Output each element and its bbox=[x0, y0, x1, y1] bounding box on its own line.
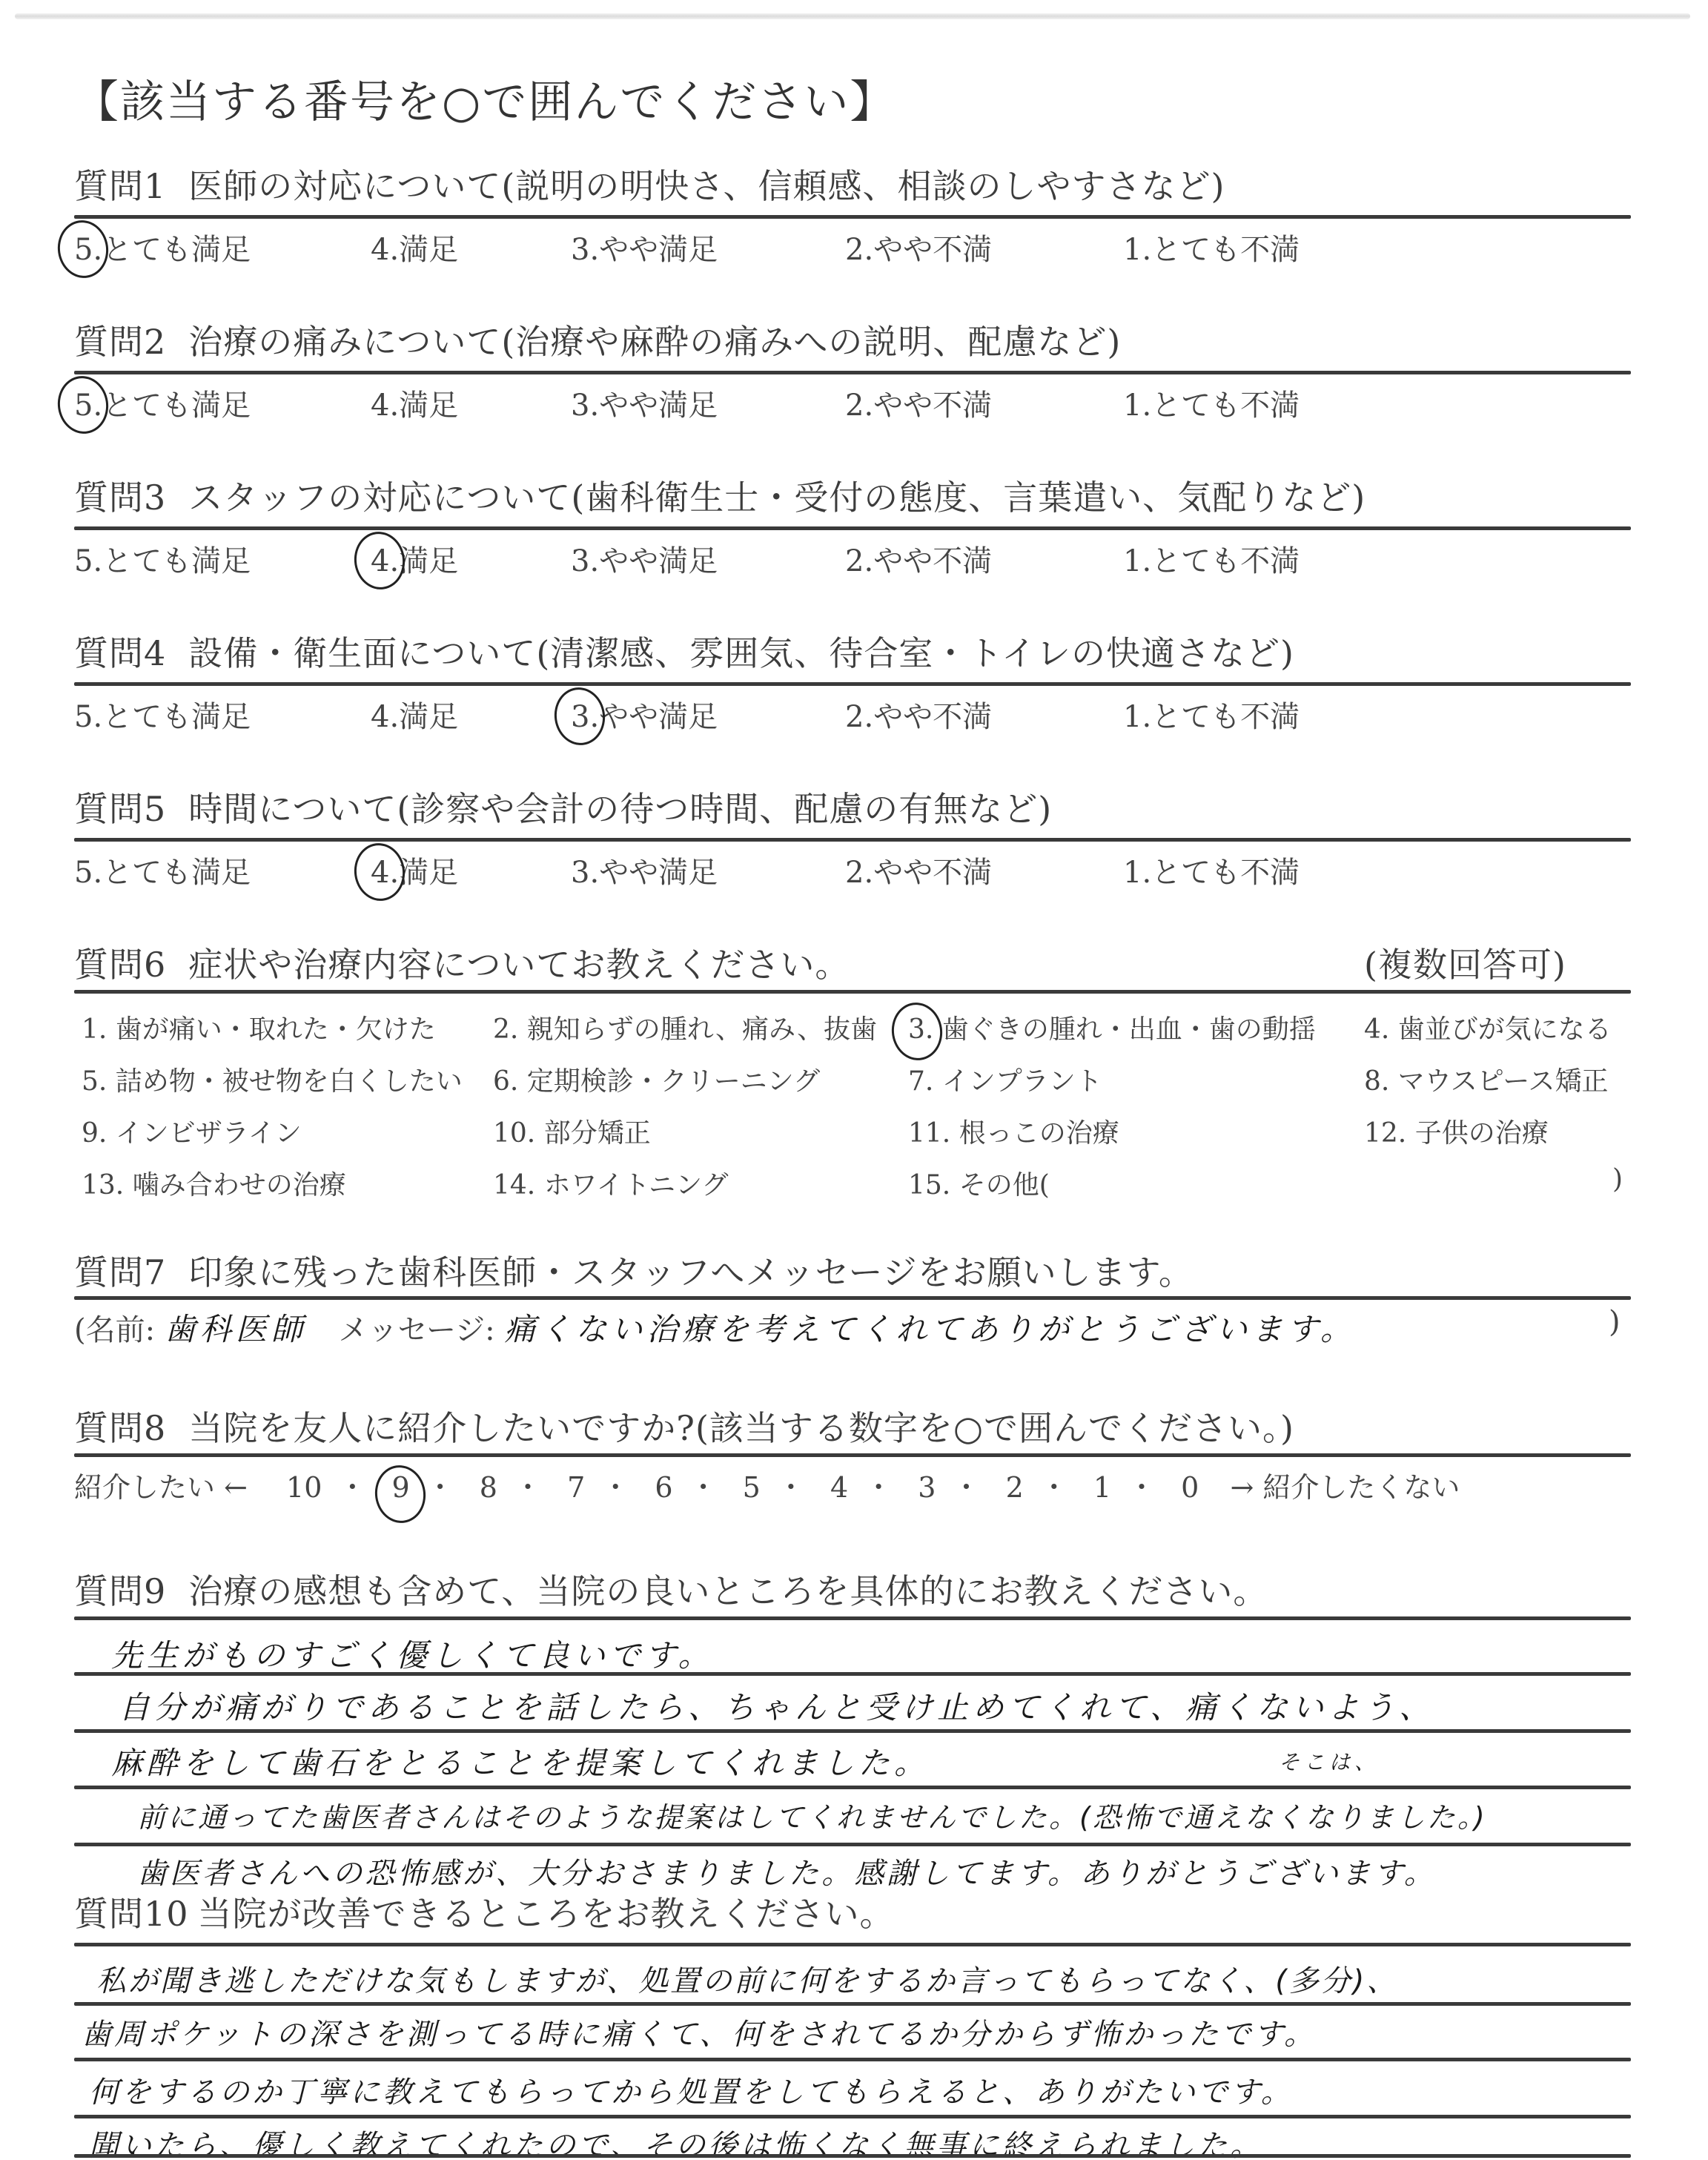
q6-option-1[interactable]: 1. 歯が痛い・取れた・欠けた bbox=[82, 1008, 436, 1046]
question-number: 質問6 bbox=[74, 945, 166, 985]
q6-option-7[interactable]: 7. インプラント bbox=[908, 1060, 1102, 1098]
answer-line bbox=[74, 1729, 1631, 1733]
q3-option-3[interactable]: 3.やや満足 bbox=[571, 538, 718, 580]
question-number: 質問3 bbox=[74, 478, 166, 518]
q2-option-5-selected[interactable]: 5.とても満足 bbox=[74, 382, 251, 424]
question-text: 治療の痛みについて(治療や麻酔の痛みへの説明、配慮など) bbox=[188, 322, 1121, 362]
question-text: スタッフの対応について(歯科衛生士・受付の態度、言葉遣い、気配りなど) bbox=[188, 478, 1366, 518]
question-text: 当院を友人に紹介したいですか?(該当する数字を○で囲んでください。) bbox=[188, 1408, 1294, 1448]
answer-line bbox=[74, 1786, 1631, 1789]
question-number: 質問10 bbox=[74, 1894, 189, 1934]
q2-option-2[interactable]: 2.やや不満 bbox=[845, 382, 992, 424]
question-number: 質問1 bbox=[74, 166, 166, 206]
q9-answer-line-5[interactable]: 歯医者さんへの恐怖感が、大分おさまりました。感謝してます。ありがとうございます。 bbox=[137, 1850, 1437, 1892]
q6-other-close-paren: ) bbox=[1612, 1164, 1623, 1195]
q6-option-12[interactable]: 12. 子供の治療 bbox=[1364, 1112, 1549, 1150]
q1-option-3[interactable]: 3.やや満足 bbox=[571, 226, 718, 268]
q6-option-3-selected[interactable]: 3. 歯ぐきの腫れ・出血・歯の動揺 bbox=[908, 1008, 1316, 1046]
q10-answer-line-1[interactable]: 私が聞き逃しただけな気もしますが、処置の前に何をするか言ってもらってなく、(多分… bbox=[96, 1958, 1398, 2000]
q1-option-2[interactable]: 2.やや不満 bbox=[845, 226, 992, 268]
question-number: 質問9 bbox=[74, 1571, 166, 1611]
q2-option-1[interactable]: 1.とても不満 bbox=[1123, 382, 1300, 424]
answer-line bbox=[74, 1843, 1631, 1846]
question-8: 質問8当院を友人に紹介したいですか?(該当する数字を○で囲んでください。) bbox=[74, 1401, 1294, 1450]
q6-option-14[interactable]: 14. ホワイトニング bbox=[493, 1164, 728, 1202]
q5-option-2[interactable]: 2.やや不満 bbox=[845, 849, 992, 891]
q6-option-11[interactable]: 11. 根っこの治療 bbox=[908, 1112, 1119, 1150]
q10-answer-line-2[interactable]: 歯周ポケットの深さを測ってる時に痛くて、何をされてるか分からず怖かったです。 bbox=[82, 2011, 1317, 2053]
question-6: 質問6症状や治療内容についてお教えください。 bbox=[74, 938, 850, 987]
question-1: 質問1医師の対応について(説明の明快さ、信頼感、相談のしやすさなど) bbox=[74, 159, 1225, 208]
q3-option-2[interactable]: 2.やや不満 bbox=[845, 538, 992, 580]
q4-option-5[interactable]: 5.とても満足 bbox=[74, 693, 251, 736]
q7-message-row: (名前: 歯科医師 メッセージ: 痛くない治療を考えてくれてありがとうございます… bbox=[74, 1305, 1631, 1350]
q6-option-10[interactable]: 10. 部分矯正 bbox=[493, 1112, 651, 1150]
question-number: 質問2 bbox=[74, 322, 166, 362]
answer-line bbox=[74, 2058, 1631, 2061]
question-text: 時間について(診察や会計の待つ時間、配慮の有無など) bbox=[188, 789, 1052, 829]
q9-answer-line-1[interactable]: 先生がものすごく優しくて良いです。 bbox=[111, 1631, 714, 1676]
answer-line bbox=[74, 2154, 1631, 2158]
question-text: 当院が改善できるところをお教えください。 bbox=[198, 1894, 895, 1934]
message-close-paren: ) bbox=[1609, 1305, 1638, 1339]
question-number: 質問4 bbox=[74, 633, 166, 673]
q3-option-4-selected[interactable]: 4.満足 bbox=[371, 538, 458, 580]
question-number: 質問5 bbox=[74, 789, 166, 829]
question-5: 質問5時間について(診察や会計の待つ時間、配慮の有無など) bbox=[74, 782, 1052, 831]
q4-rating-options: 5.とても満足 4.満足 3.やや満足 2.やや不満 1.とても不満 bbox=[74, 693, 1631, 738]
divider bbox=[74, 371, 1631, 374]
scale-value-9-selected[interactable]: 9 bbox=[391, 1471, 409, 1504]
answer-line bbox=[74, 2002, 1631, 2006]
recommendation-scale: 紹介したい ← 10・ 9・ 8・ 7・ 6・ 5・ 4・ 3・ 2・ 1・ 0… bbox=[74, 1464, 1631, 1505]
scale-value-7[interactable]: 7 bbox=[567, 1471, 585, 1504]
q6-option-5[interactable]: 5. 詰め物・被せ物を白くしたい bbox=[82, 1060, 463, 1098]
message-field-handwritten[interactable]: 痛くない治療を考えてくれてありがとうございます。 bbox=[504, 1311, 1356, 1347]
q4-option-2[interactable]: 2.やや不満 bbox=[845, 693, 992, 736]
scale-right-label: → 紹介したくない bbox=[1230, 1464, 1460, 1505]
name-field-handwritten[interactable]: 歯科医師 bbox=[165, 1311, 307, 1347]
scale-value-8[interactable]: 8 bbox=[480, 1471, 497, 1504]
q6-option-8[interactable]: 8. マウスピース矯正 bbox=[1364, 1060, 1608, 1098]
answer-line bbox=[74, 1616, 1631, 1620]
q9-insertion-note: そこは、 bbox=[1279, 1746, 1380, 1776]
q5-option-4-selected[interactable]: 4.満足 bbox=[371, 849, 458, 891]
scan-edge bbox=[15, 13, 1690, 19]
answer-line bbox=[74, 2115, 1631, 2118]
q5-option-5[interactable]: 5.とても満足 bbox=[74, 849, 251, 891]
message-label: メッセージ: bbox=[339, 1313, 495, 1347]
q6-option-15-other[interactable]: 15. その他( bbox=[908, 1164, 1050, 1202]
q2-option-3[interactable]: 3.やや満足 bbox=[571, 382, 718, 424]
q4-option-3-selected[interactable]: 3.やや満足 bbox=[571, 693, 718, 736]
question-4: 質問4設備・衛生面について(清潔感、雰囲気、待合室・トイレの快適さなど) bbox=[74, 627, 1294, 676]
divider bbox=[74, 838, 1631, 842]
question-text: 印象に残った歯科医師・スタッフへメッセージをお願いします。 bbox=[188, 1252, 1194, 1292]
q4-option-4[interactable]: 4.満足 bbox=[371, 693, 458, 736]
question-text: 治療の感想も含めて、当院の良いところを具体的にお教えください。 bbox=[188, 1571, 1268, 1611]
q1-option-4[interactable]: 4.満足 bbox=[371, 226, 458, 268]
question-7: 質問7印象に残った歯科医師・スタッフへメッセージをお願いします。 bbox=[74, 1246, 1194, 1295]
form-instruction-title: 【該当する番号を○で囲んでください】 bbox=[74, 67, 896, 131]
q1-rating-options: 5.とても満足 4.満足 3.やや満足 2.やや不満 1.とても不満 bbox=[74, 226, 1631, 271]
q1-option-5-selected[interactable]: 5.とても満足 bbox=[74, 226, 251, 268]
q4-option-1[interactable]: 1.とても不満 bbox=[1123, 693, 1300, 736]
scale-value-5[interactable]: 5 bbox=[743, 1471, 761, 1504]
q2-option-4[interactable]: 4.満足 bbox=[371, 382, 458, 424]
divider bbox=[74, 990, 1631, 994]
q10-answer-line-3[interactable]: 何をするのか丁寧に教えてもらってから処置をしてもらえると、ありがたいです。 bbox=[89, 2069, 1294, 2111]
q1-option-1[interactable]: 1.とても不満 bbox=[1123, 226, 1300, 268]
question-10: 質問10当院が改善できるところをお教えください。 bbox=[74, 1887, 895, 1936]
q6-option-9[interactable]: 9. インビザライン bbox=[82, 1112, 302, 1150]
scale-left-label: 紹介したい ← bbox=[74, 1464, 248, 1505]
scale-value-3[interactable]: 3 bbox=[918, 1471, 936, 1504]
question-3: 質問3スタッフの対応について(歯科衛生士・受付の態度、言葉遣い、気配りなど) bbox=[74, 471, 1366, 520]
q6-option-6[interactable]: 6. 定期検診・クリーニング bbox=[493, 1060, 820, 1098]
q3-rating-options: 5.とても満足 4.満足 3.やや満足 2.やや不満 1.とても不満 bbox=[74, 538, 1631, 582]
q9-answer-line-4[interactable]: 前に通ってた歯医者さんはそのような提案はしてくれませんでした。(恐怖で通えなくな… bbox=[137, 1794, 1487, 1835]
question-number: 質問8 bbox=[74, 1408, 166, 1448]
question-number: 質問7 bbox=[74, 1252, 166, 1292]
question-2: 質問2治療の痛みについて(治療や麻酔の痛みへの説明、配慮など) bbox=[74, 315, 1121, 364]
question-text: 症状や治療内容についてお教えください。 bbox=[188, 945, 850, 985]
answer-line bbox=[74, 1672, 1631, 1676]
question-9: 質問9治療の感想も含めて、当院の良いところを具体的にお教えください。 bbox=[74, 1565, 1268, 1614]
q5-option-1[interactable]: 1.とても不満 bbox=[1123, 849, 1300, 891]
question-text: 医師の対応について(説明の明快さ、信頼感、相談のしやすさなど) bbox=[188, 166, 1225, 206]
q9-answer-line-2[interactable]: 自分が痛がりであることを話したら、ちゃんと受け止めてくれて、痛くないよう、 bbox=[119, 1683, 1434, 1728]
scale-value-4[interactable]: 4 bbox=[830, 1471, 848, 1504]
q5-option-3[interactable]: 3.やや満足 bbox=[571, 849, 718, 891]
q9-answer-line-3[interactable]: 麻酔をして歯石をとることを提案してくれました。 bbox=[111, 1739, 930, 1783]
scale-value-6[interactable]: 6 bbox=[655, 1471, 672, 1504]
q3-option-1[interactable]: 1.とても不満 bbox=[1123, 538, 1300, 580]
multiple-answers-note: (複数回答可) bbox=[1364, 938, 1566, 987]
q5-rating-options: 5.とても満足 4.満足 3.やや満足 2.やや不満 1.とても不満 bbox=[74, 849, 1631, 894]
divider bbox=[74, 1296, 1631, 1300]
scale-value-1[interactable]: 1 bbox=[1093, 1471, 1111, 1504]
q6-option-4[interactable]: 4. 歯並びが気になる bbox=[1364, 1008, 1612, 1046]
q6-option-2[interactable]: 2. 親知らずの腫れ、痛み、抜歯 bbox=[493, 1008, 877, 1046]
divider bbox=[74, 526, 1631, 530]
scale-value-0[interactable]: 0 bbox=[1181, 1471, 1199, 1504]
q2-rating-options: 5.とても満足 4.満足 3.やや満足 2.やや不満 1.とても不満 bbox=[74, 382, 1631, 426]
scale-value-10[interactable]: 10 bbox=[286, 1471, 322, 1504]
name-label: (名前: bbox=[74, 1313, 155, 1347]
divider bbox=[74, 682, 1631, 686]
q3-option-5[interactable]: 5.とても満足 bbox=[74, 538, 251, 580]
scale-value-2[interactable]: 2 bbox=[1006, 1471, 1024, 1504]
divider bbox=[74, 215, 1631, 219]
question-text: 設備・衛生面について(清潔感、雰囲気、待合室・トイレの快適さなど) bbox=[188, 633, 1294, 673]
divider bbox=[74, 1453, 1631, 1457]
answer-line bbox=[74, 1943, 1631, 1946]
q6-option-13[interactable]: 13. 噛み合わせの治療 bbox=[82, 1164, 346, 1202]
